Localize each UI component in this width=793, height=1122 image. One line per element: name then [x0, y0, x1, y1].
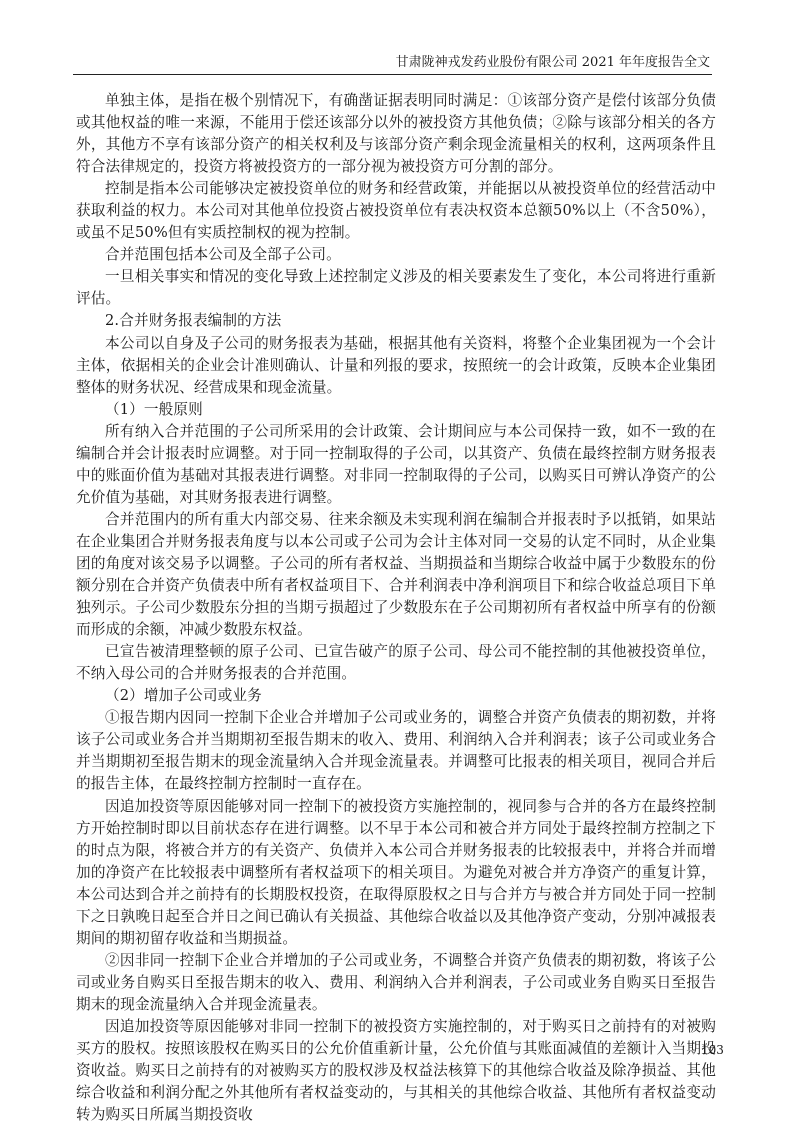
paragraph-reassessment: 一旦相关事实和情况的变化导致上述控制定义涉及的相关要素发生了变化，本公司将进行重… [76, 266, 716, 310]
paragraph-single-entity: 单独主体，是指在极个别情况下，有确凿证据表明同时满足：①该部分资产是偿付该部分负… [76, 90, 716, 178]
paragraph-consolidation-basis: 本公司以自身及子公司的财务报表为基础，根据其他有关资料，将整个企业集团视为一个会… [76, 333, 716, 399]
paragraph-accounting-policies: 所有纳入合并范围的子公司所采用的会计政策、会计期间应与本公司保持一致，如不一致的… [76, 421, 716, 509]
document-body: 单独主体，是指在极个别情况下，有确凿证据表明同时满足：①该部分资产是偿付该部分负… [76, 90, 716, 1122]
paragraph-control-definition: 控制是指本公司能够决定被投资单位的财务和经营政策，并能据以从被投资单位的经营活动… [76, 178, 716, 244]
page-number: 103 [701, 1043, 724, 1057]
paragraph-internal-transactions: 合并范围内的所有重大内部交易、往来余额及未实现利润在编制合并报表时予以抵销，如果… [76, 509, 716, 641]
paragraph-consolidation-scope: 合并范围包括本公司及全部子公司。 [76, 244, 716, 266]
paragraph-non-common-control-merger: ②因非同一控制下企业合并增加的子公司或业务，不调整合并资产负债表的期初数，将该子… [76, 950, 716, 1016]
paragraph-excluded-entities: 已宣告被清理整顿的原子公司、已宣告破产的原子公司、母公司不能控制的其他被投资单位… [76, 641, 716, 685]
paragraph-common-control-merger: ①报告期内因同一控制下企业合并增加子公司或业务的，调整合并资产负债表的期初数，并… [76, 707, 716, 795]
paragraph-additional-investment-non-common-control: 因追加投资等原因能够对非同一控制下的被投资方实施控制的，对于购买日之前持有的对被… [76, 1016, 716, 1122]
report-title: 甘肃陇神戎发药业股份有限公司 2021 年年度报告全文 [396, 51, 710, 70]
page-header: 甘肃陇神戎发药业股份有限公司 2021 年年度报告全文 [73, 52, 712, 75]
section-heading-consolidation-method: 2.合并财务报表编制的方法 [76, 310, 716, 332]
subheading-general-principles: （1）一般原则 [76, 399, 716, 421]
paragraph-additional-investment-common-control: 因追加投资等原因能够对同一控制下的被投资方实施控制的，视同参与合并的各方在最终控… [76, 796, 716, 950]
subheading-add-subsidiaries: （2）增加子公司或业务 [76, 685, 716, 707]
